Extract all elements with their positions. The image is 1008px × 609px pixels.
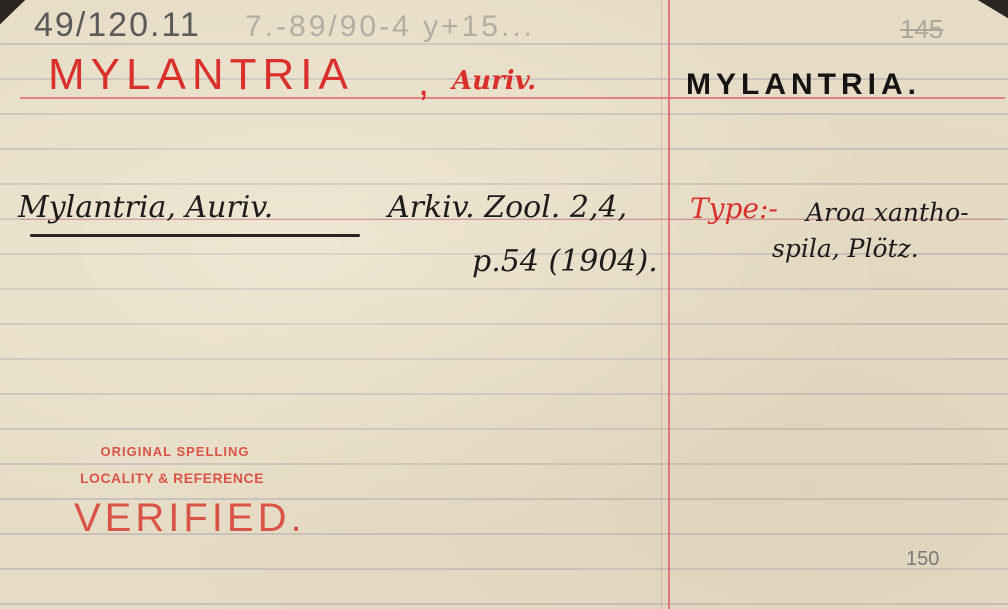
type-species-line1: Aroa xantho- xyxy=(806,198,969,227)
stamp-line1: ORIGINAL SPELLING xyxy=(80,444,270,459)
reference-faint: 7.-89/90-4 y+15... xyxy=(245,10,535,44)
entry-name: Mylantria, Auriv. xyxy=(18,190,273,225)
genus-heading-red: MYLANTRIA xyxy=(48,50,354,100)
corner-number-crossed: 145 xyxy=(900,14,943,45)
column-divider xyxy=(668,0,670,609)
type-label: Type:- xyxy=(690,192,778,225)
citation-line1: Arkiv. Zool. 2,4, xyxy=(388,190,627,225)
genus-heading-comma: , xyxy=(418,60,429,105)
stamp-verified: VERIFIED. xyxy=(74,496,274,541)
index-card: 49/120.11 7.-89/90-4 y+15... 145 MYLANTR… xyxy=(0,0,1008,609)
stamp-line2: LOCALITY & REFERENCE xyxy=(72,470,272,486)
page-number: 150 xyxy=(906,548,939,571)
column-divider-faint xyxy=(661,0,662,609)
entry-name-underline xyxy=(30,234,360,237)
genus-heading-black: MYLANTRIA. xyxy=(686,68,921,102)
type-species-line2: spila, Plötz. xyxy=(772,234,919,263)
genus-heading-author: Auriv. xyxy=(452,66,536,96)
reference-number: 49/120.11 xyxy=(34,6,201,45)
citation-line2: p.54 (1904). xyxy=(472,244,658,279)
